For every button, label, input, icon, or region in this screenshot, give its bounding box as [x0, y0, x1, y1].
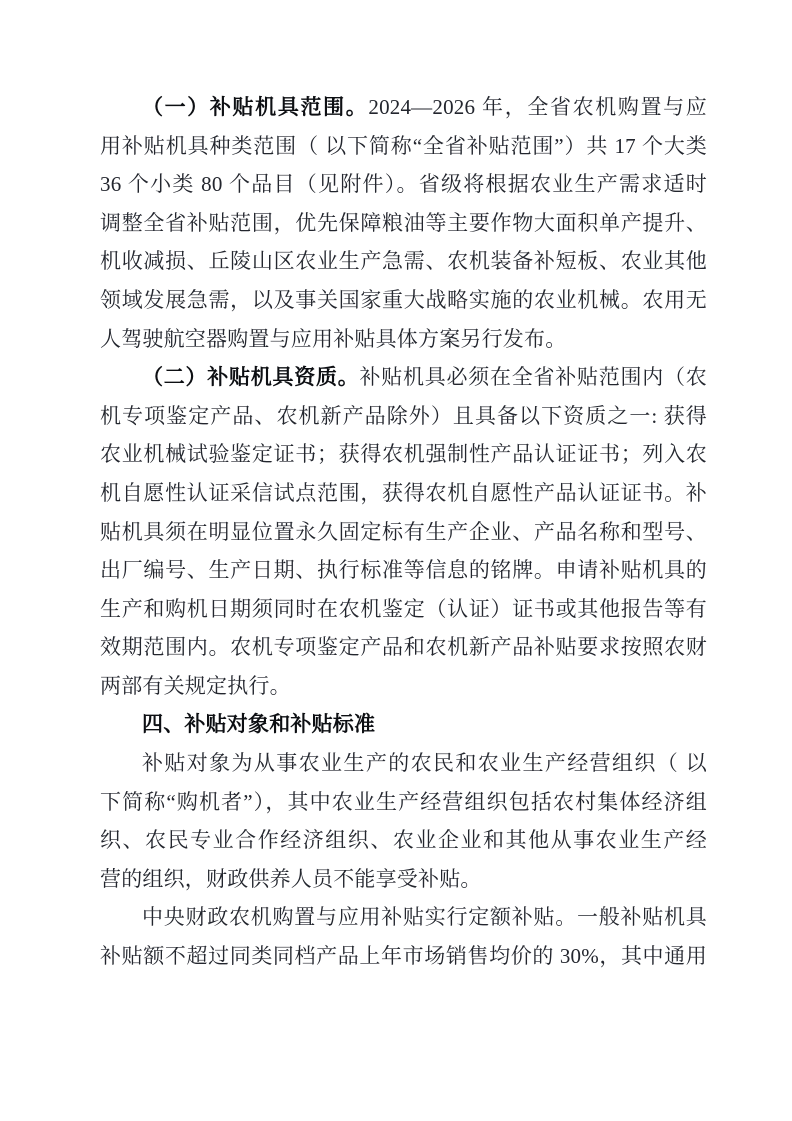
paragraph: （一）补贴机具范围。2024—2026 年，全省农机购置与应用补贴机具种类范围（…: [100, 88, 707, 358]
body-text: 贴机具须在明显位置永久固定标有生产企业、产品名称和型号、: [100, 520, 707, 544]
paragraph: （二）补贴机具资质。补贴机具必须在全省补贴范围内（农机专项鉴定产品、农机新产品除…: [100, 358, 707, 705]
paragraph: 补贴对象为从事农业生产的农民和农业生产经营组织（ 以下简称“购机者”），其中农业…: [100, 744, 707, 898]
text-line: 农业机械试验鉴定证书；获得农机强制性产品认证证书；列入农: [100, 435, 707, 474]
body-text: 下简称“购机者”），其中农业生产经营组织包括农村集体经济组: [100, 790, 707, 814]
paragraph: 中央财政农机购置与应用补贴实行定额补贴。一般补贴机具补贴额不超过同类同档产品上年…: [100, 898, 707, 975]
body-text: 两部有关规定执行。: [100, 674, 291, 698]
body-text: 效期范围内。农机专项鉴定产品和农机新产品补贴要求按照农财: [100, 635, 707, 659]
bold-lead-in-text: 四、补贴对象和补贴标准: [142, 713, 375, 736]
text-line: 机专项鉴定产品、农机新产品除外）且具备以下资质之一: 获得: [100, 397, 707, 436]
text-line: （二）补贴机具资质。补贴机具必须在全省补贴范围内（农: [100, 358, 707, 397]
bold-lead-in-text: （二）补贴机具资质。: [142, 366, 360, 389]
section-heading: 四、补贴对象和补贴标准: [100, 706, 707, 745]
document-body: （一）补贴机具范围。2024—2026 年，全省农机购置与应用补贴机具种类范围（…: [100, 88, 707, 976]
body-text: 生产和购机日期须同时在农机鉴定（认证）证书或其他报告等有: [100, 597, 707, 621]
text-line: 领域发展急需，以及事关国家重大战略实施的农业机械。农用无: [100, 281, 707, 320]
body-text: 织、农民专业合作经济组织、农业企业和其他从事农业生产经: [100, 828, 707, 852]
text-line: 效期范围内。农机专项鉴定产品和农机新产品补贴要求按照农财: [100, 628, 707, 667]
text-line: （一）补贴机具范围。2024—2026 年，全省农机购置与应: [100, 88, 707, 127]
text-line: 中央财政农机购置与应用补贴实行定额补贴。一般补贴机具: [100, 898, 707, 937]
text-line: 调整全省补贴范围，优先保障粮油等主要作物大面积单产提升、: [100, 204, 707, 243]
body-text: 补贴对象为从事农业生产的农民和农业生产经营组织（ 以: [142, 751, 707, 775]
body-text: 用补贴机具种类范围（ 以下简称“全省补贴范围”）共 17 个大类: [100, 134, 707, 158]
text-line: 补贴对象为从事农业生产的农民和农业生产经营组织（ 以: [100, 744, 707, 783]
text-line: 用补贴机具种类范围（ 以下简称“全省补贴范围”）共 17 个大类: [100, 127, 707, 166]
text-line: 机收减损、丘陵山区农业生产急需、农机装备补短板、农业其他: [100, 242, 707, 281]
body-text: 出厂编号、生产日期、执行标准等信息的铭牌。申请补贴机具的: [100, 558, 707, 582]
text-line: 36 个小类 80 个品目（见附件）。省级将根据农业生产需求适时: [100, 165, 707, 204]
body-text: 机自愿性认证采信试点范围，获得农机自愿性产品认证证书。补: [100, 481, 707, 505]
text-line: 四、补贴对象和补贴标准: [100, 706, 707, 745]
body-text: 补贴机具必须在全省补贴范围内（农: [360, 365, 707, 389]
body-text: 中央财政农机购置与应用补贴实行定额补贴。一般补贴机具: [142, 905, 707, 929]
text-line: 出厂编号、生产日期、执行标准等信息的铭牌。申请补贴机具的: [100, 551, 707, 590]
body-text: 人驾驶航空器购置与应用补贴具体方案另行发布。: [100, 327, 566, 351]
body-text: 补贴额不超过同类同档产品上年市场销售均价的 30%，其中通用: [100, 944, 707, 968]
body-text: 2024—2026 年，全省农机购置与应: [368, 95, 707, 119]
text-line: 补贴额不超过同类同档产品上年市场销售均价的 30%，其中通用: [100, 937, 707, 976]
body-text: 机收减损、丘陵山区农业生产急需、农机装备补短板、农业其他: [100, 249, 707, 273]
text-line: 人驾驶航空器购置与应用补贴具体方案另行发布。: [100, 320, 707, 359]
text-line: 织、农民专业合作经济组织、农业企业和其他从事农业生产经: [100, 821, 707, 860]
body-text: 营的组织，财政供养人员不能享受补贴。: [100, 867, 482, 891]
text-line: 下简称“购机者”），其中农业生产经营组织包括农村集体经济组: [100, 783, 707, 822]
body-text: 调整全省补贴范围，优先保障粮油等主要作物大面积单产提升、: [100, 211, 707, 235]
text-line: 机自愿性认证采信试点范围，获得农机自愿性产品认证证书。补: [100, 474, 707, 513]
text-line: 营的组织，财政供养人员不能享受补贴。: [100, 860, 707, 899]
text-line: 两部有关规定执行。: [100, 667, 707, 706]
body-text: 机专项鉴定产品、农机新产品除外）且具备以下资质之一: 获得: [100, 404, 707, 428]
text-line: 贴机具须在明显位置永久固定标有生产企业、产品名称和型号、: [100, 513, 707, 552]
text-line: 生产和购机日期须同时在农机鉴定（认证）证书或其他报告等有: [100, 590, 707, 629]
bold-lead-in-text: （一）补贴机具范围。: [142, 96, 368, 119]
body-text: 领域发展急需，以及事关国家重大战略实施的农业机械。农用无: [100, 288, 707, 312]
body-text: 36 个小类 80 个品目（见附件）。省级将根据农业生产需求适时: [100, 172, 707, 196]
document-page: （一）补贴机具范围。2024—2026 年，全省农机购置与应用补贴机具种类范围（…: [0, 0, 792, 1121]
body-text: 农业机械试验鉴定证书；获得农机强制性产品认证证书；列入农: [100, 442, 707, 466]
